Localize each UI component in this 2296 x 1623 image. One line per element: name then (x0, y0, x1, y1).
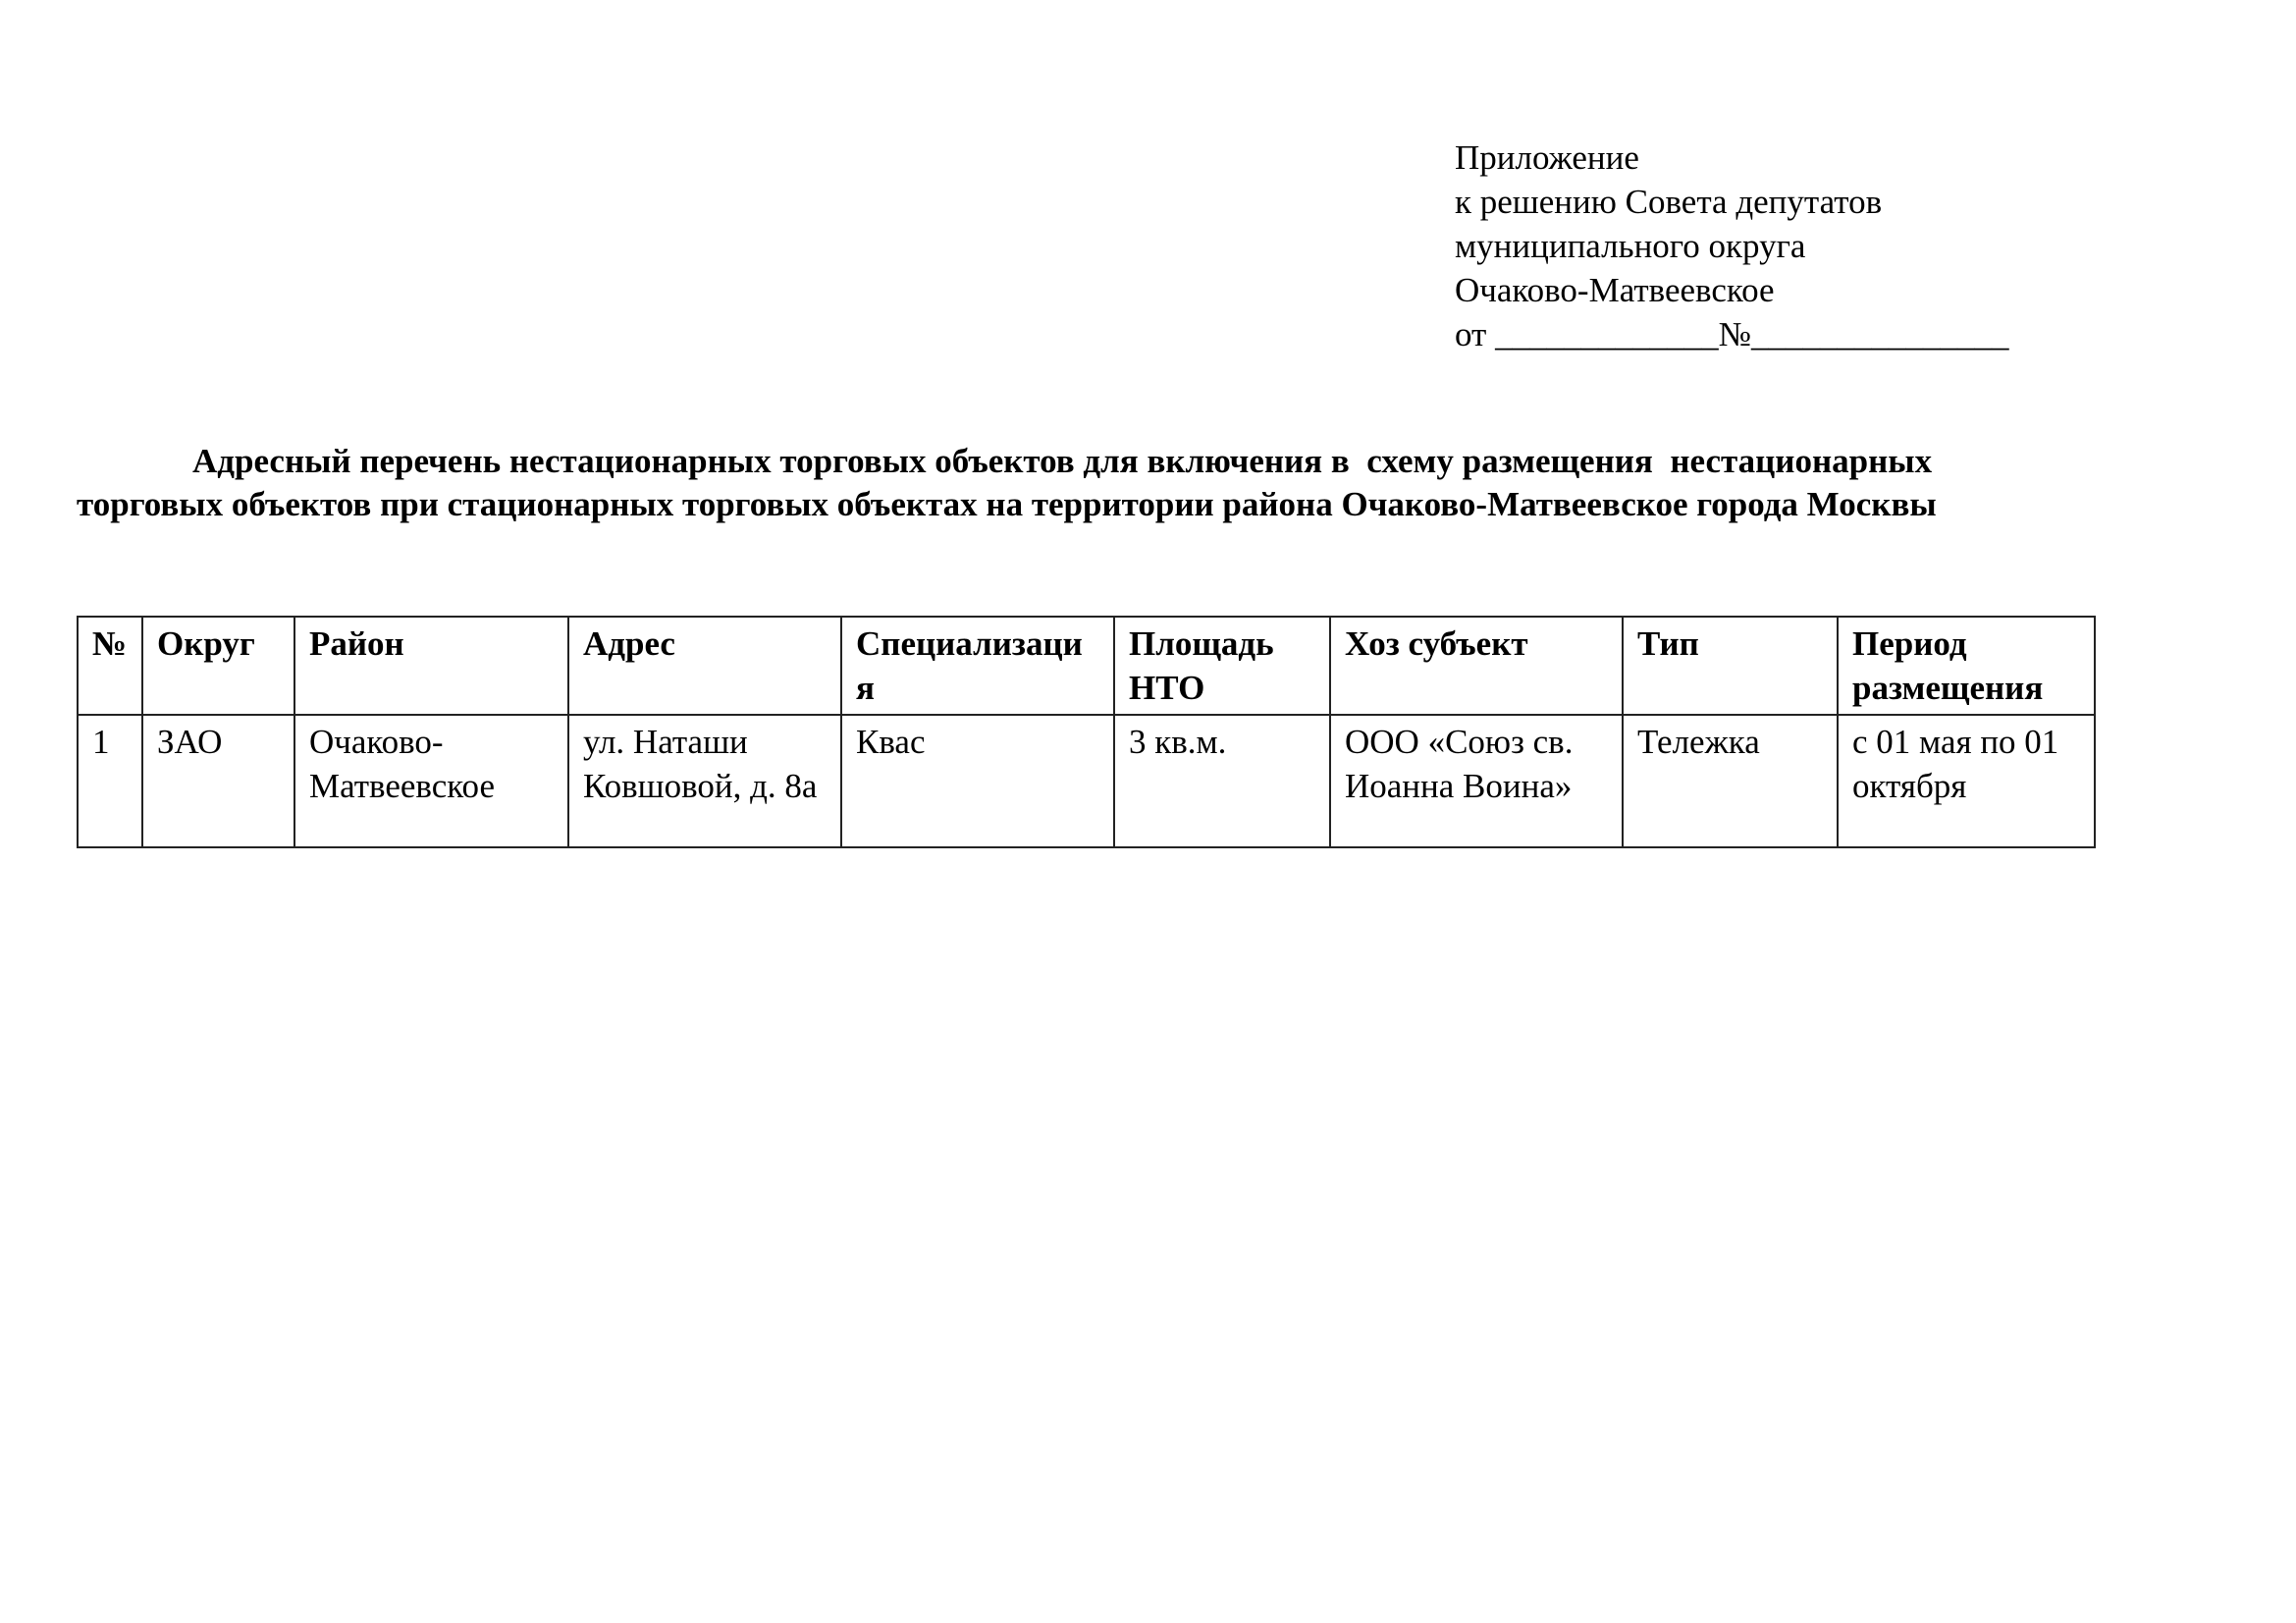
cell-address: ул. Наташи Ковшовой, д. 8а (568, 715, 841, 847)
appendix-line: Приложение (1455, 135, 2008, 180)
cell-okrug: ЗАО (142, 715, 294, 847)
header-period: Период размещения (1838, 617, 2095, 715)
cell-district: Очаково-Матвеевское (294, 715, 568, 847)
cell-specialization: Квас (841, 715, 1114, 847)
header-address: Адрес (568, 617, 841, 715)
appendix-date-number-line: от _____________№_______________ (1455, 312, 2008, 356)
document-title: Адресный перечень нестационарных торговы… (77, 440, 2187, 526)
appendix-line: к решению Совета депутатов (1455, 180, 2008, 224)
cell-period: с 01 мая по 01 октября (1838, 715, 2095, 847)
table-header-row: № Округ Район Адрес Специализация Площад… (78, 617, 2095, 715)
cell-number: 1 (78, 715, 142, 847)
cell-area: 3 кв.м. (1114, 715, 1330, 847)
appendix-line: Очаково-Матвеевское (1455, 268, 2008, 312)
header-type: Тип (1623, 617, 1838, 715)
table-row: 1 ЗАО Очаково-Матвеевское ул. Наташи Ков… (78, 715, 2095, 847)
address-list-table: № Округ Район Адрес Специализация Площад… (77, 616, 2096, 848)
cell-business-entity: ООО «Союз св. Иоанна Воина» (1330, 715, 1623, 847)
appendix-header: Приложение к решению Совета депутатов му… (1455, 135, 2008, 356)
header-business-entity: Хоз субъект (1330, 617, 1623, 715)
title-line-2: торговых объектов при стационарных торго… (77, 483, 2187, 526)
title-line-1: Адресный перечень нестационарных торговы… (77, 440, 2187, 483)
cell-type: Тележка (1623, 715, 1838, 847)
header-area: Площадь НТО (1114, 617, 1330, 715)
header-specialization: Специализация (841, 617, 1114, 715)
header-number: № (78, 617, 142, 715)
header-okrug: Округ (142, 617, 294, 715)
header-district: Район (294, 617, 568, 715)
appendix-line: муниципального округа (1455, 224, 2008, 268)
